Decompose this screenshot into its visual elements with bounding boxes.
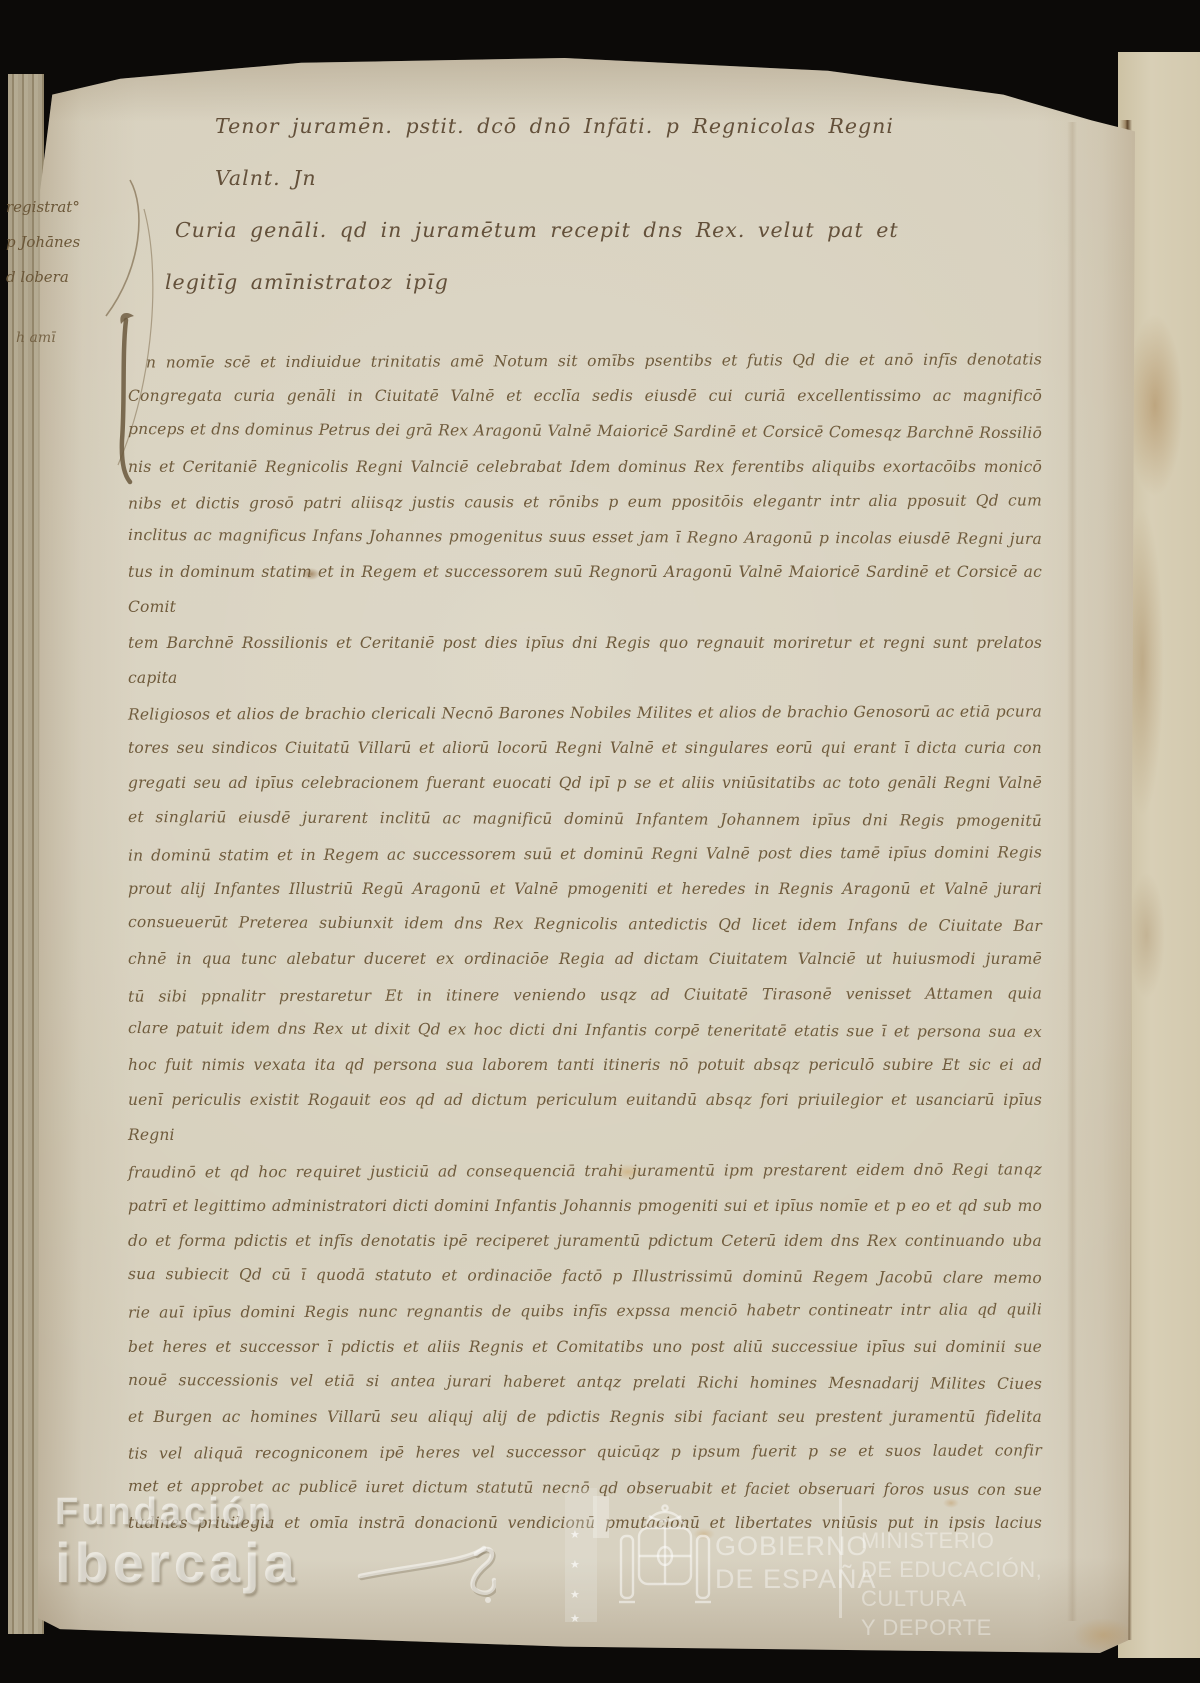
ministerio-line1: MINISTERIO — [861, 1526, 1123, 1555]
ibercaja-logo-icon — [356, 1534, 496, 1614]
manuscript-text-line: gregati seu ad ipīus celebracionem fuera… — [128, 766, 1042, 801]
manuscript-text-line: pnceps et dns dominus Petrus dei grā Rex… — [128, 412, 1042, 451]
gobierno-watermark-text: GOBIERNO DE ESPAÑA — [715, 1530, 877, 1596]
manuscript-text-line: tus in dominum statim et in Regem et suc… — [128, 555, 1042, 625]
manuscript-text-line: n nomīe scē et indiuidue trinitatis amē … — [128, 342, 1042, 380]
ibercaja-watermark-line1: Fundación — [56, 1492, 300, 1535]
manuscript-text-line: Religiosos et alios de brachio clericali… — [128, 694, 1042, 732]
manuscript-text-line: nibs et dictis grosō patri aliisqz justi… — [128, 483, 1042, 521]
ministerio-line3: Y DEPORTE — [861, 1613, 1123, 1642]
manuscript-text-line: consueuerūt Preterea subiunxit idem dns … — [128, 905, 1042, 944]
manuscript-text-line: inclitus ac magnificus Infans Johannes p… — [128, 518, 1042, 557]
manuscript-text-line: patrī et legittimo administratori dicti … — [128, 1189, 1042, 1224]
heading-rubric: Tenor juramēn. pstit. dcō dnō Infāti. p … — [165, 100, 925, 308]
flag-star-icon: ★ — [570, 1588, 580, 1601]
watermark-divider — [839, 1490, 842, 1618]
flag-star-icon: ★ — [570, 1528, 580, 1541]
manuscript-text-line: in dominū statim et in Regem ac successo… — [128, 835, 1042, 873]
heading-line: legitīg amīnistratoz ipīg — [165, 256, 925, 308]
gobierno-line1: GOBIERNO — [715, 1530, 877, 1563]
manuscript-text-line: nis et Ceritaniē Regnicolis Regni Valnci… — [128, 450, 1042, 485]
flag-star-icon: ★ — [570, 1558, 580, 1571]
margin-mark: h amī — [16, 330, 56, 346]
manuscript-scan-page: Tenor juramēn. pstit. dcō dnō Infāti. p … — [0, 0, 1200, 1683]
page-crease — [1067, 122, 1077, 1621]
manuscript-text-line: fraudinō et qd hoc requiret justiciū ad … — [128, 1152, 1042, 1190]
manuscript-text-line: prout alij Infantes Illustriū Regū Arago… — [128, 872, 1042, 907]
manuscript-text-line: uenī periculis existit Rogauit eos qd ad… — [128, 1083, 1042, 1153]
manuscript-text-line: nouē successionis vel etiā si antea jura… — [128, 1363, 1042, 1402]
flag-notch — [593, 1496, 609, 1538]
flag-star-icon: ★ — [570, 1612, 580, 1625]
ministerio-watermark-text: MINISTERIO DE EDUCACIÓN, CULTURA Y DEPOR… — [861, 1526, 1123, 1642]
gobierno-line2: DE ESPAÑA — [715, 1563, 877, 1596]
manuscript-text-line: hoc fuit nimis vexata ita qd persona sua… — [128, 1048, 1042, 1083]
manuscript-text-line: do et forma pdictis et infīs denotatis i… — [128, 1224, 1042, 1259]
ibercaja-watermark-line2: ibercaja — [56, 1535, 300, 1593]
gobierno-espana-watermark: ★ ★ ★ ★ GOBIERNO DE ESPAÑA — [563, 1486, 1123, 1631]
heading-line: Tenor juramēn. pstit. dcō dnō Infāti. p … — [215, 100, 925, 204]
ibercaja-watermark: Fundación ibercaja — [56, 1492, 300, 1593]
flag-ribbon-icon: ★ ★ ★ ★ — [565, 1488, 597, 1622]
manuscript-text-line: Congregata curia genāli in Ciuitatē Valn… — [128, 379, 1042, 414]
manuscript-text-line: et singlariū eiusdē jurarent inclitū ac … — [128, 800, 1042, 839]
manuscript-text-line: tem Barchnē Rossilionis et Ceritaniē pos… — [128, 626, 1042, 696]
manuscript-text-line: clare patuit idem dns Rex ut dixit Qd ex… — [128, 1011, 1042, 1050]
stain-spot — [468, 1648, 482, 1656]
manuscript-body-text: n nomīe scē et indiuidue trinitatis amē … — [128, 344, 1042, 1541]
manuscript-text-line: tis vel aliquā recogniconem ipē heres ve… — [128, 1434, 1042, 1472]
manuscript-text-line: chnē in qua tunc alebatur duceret ex ord… — [128, 942, 1042, 977]
manuscript-text-line: sua subiecit Qd cū ī quodā statuto et or… — [128, 1257, 1042, 1296]
spain-coat-of-arms-icon — [619, 1502, 711, 1612]
manuscript-text-line: tores seu sindicos Ciuitatū Villarū et a… — [128, 731, 1042, 766]
heading-line: Curia genāli. qd in juramētum recepit dn… — [175, 204, 925, 256]
manuscript-text-line: tū sibi ppnalitr prestaretur Et in itine… — [128, 976, 1042, 1014]
ministerio-line2: DE EDUCACIÓN, CULTURA — [861, 1555, 1123, 1613]
manuscript-text-line: rie auī ipīus domini Regis nunc regnanti… — [128, 1293, 1042, 1331]
manuscript-text-line: bet heres et successor ī pdictis et alii… — [128, 1330, 1042, 1365]
manuscript-text-line: et Burgen ac homines Villarū seu aliquj … — [128, 1400, 1042, 1435]
